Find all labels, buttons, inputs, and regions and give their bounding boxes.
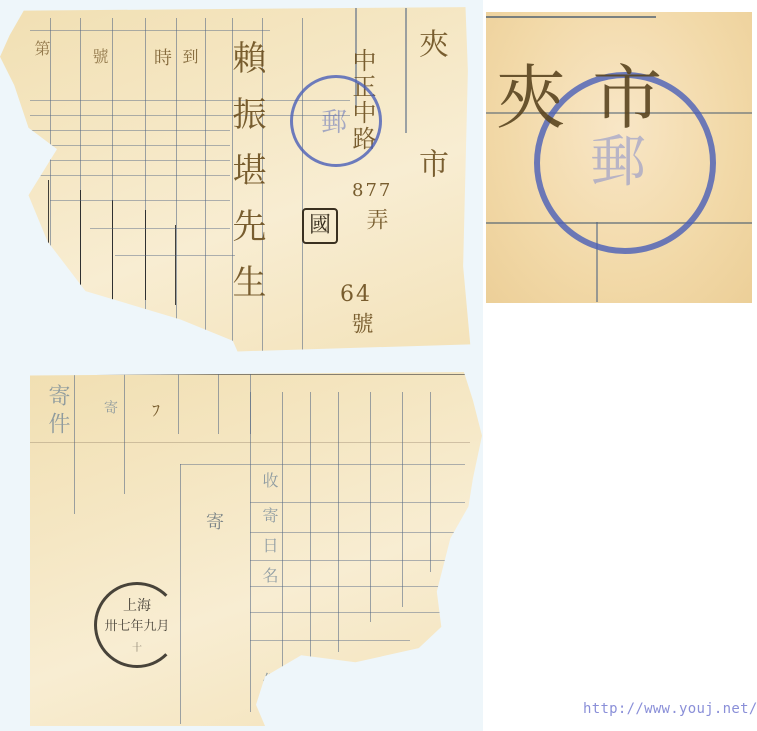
address-house-suffix: 號: [345, 312, 376, 336]
printed-sender-label: 寄件: [42, 384, 73, 440]
square-seal: 國: [302, 208, 338, 244]
handwritten-mark: ﾌ: [152, 398, 162, 421]
inset-handwriting: 夾 市: [496, 42, 664, 143]
address-city-suffix: 市: [408, 148, 452, 180]
recipient-name: 賴振堪先生: [222, 40, 271, 320]
column-mark: 第: [30, 40, 53, 68]
blue-postmark: 郵: [290, 75, 382, 167]
watermark-url: http://www.youj.net/: [583, 701, 757, 717]
grid-header: 寄: [258, 507, 281, 523]
column-mark: 到: [178, 48, 201, 66]
column-mark: 號: [88, 48, 111, 66]
grid-header: 日: [258, 537, 281, 553]
address-city: 夾: [408, 28, 452, 60]
printed-item-label: 寄: [200, 512, 226, 530]
grid-header: 收: [258, 472, 281, 488]
black-postmark: 上海 卅七年九月 十: [94, 582, 180, 668]
address-lane: 弄: [360, 208, 391, 232]
grid-header: 名: [258, 567, 281, 583]
postmark-detail-inset: 郵 夾 市: [486, 12, 752, 303]
printed-column-label: 寄: [100, 400, 120, 414]
column-mark: 時: [148, 48, 174, 68]
address-house-number: 64: [340, 282, 372, 307]
address-number: 877: [352, 180, 392, 201]
